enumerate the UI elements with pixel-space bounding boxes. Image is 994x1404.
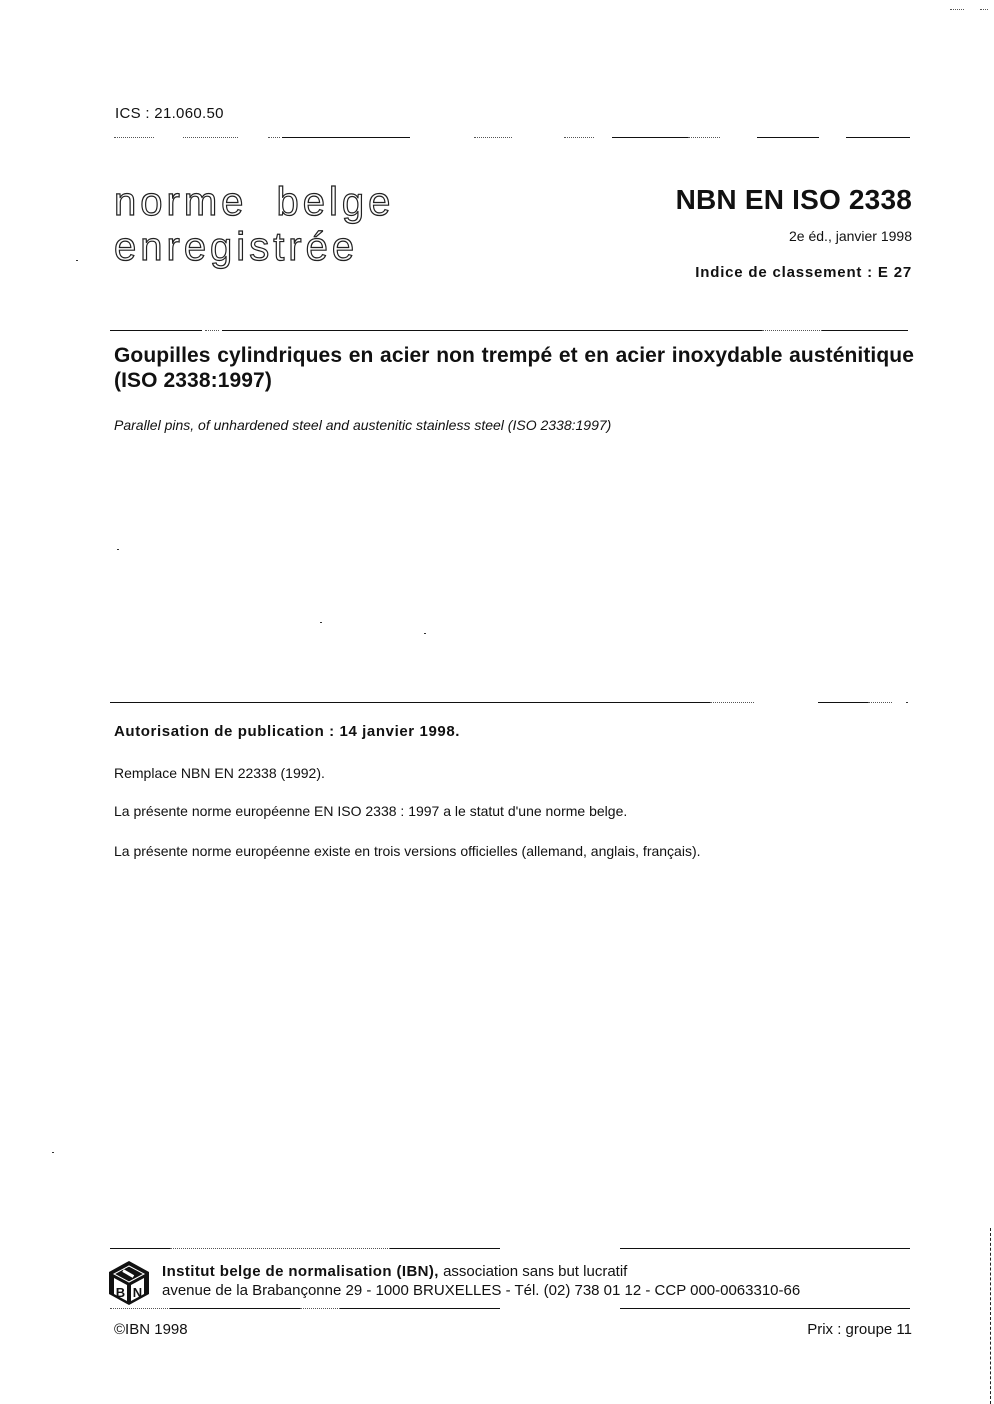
authorization-label: Autorisation de publication : bbox=[114, 723, 335, 740]
replaces-note: Remplace NBN EN 22338 (1992). bbox=[114, 765, 325, 781]
institute-name: Institut belge de normalisation (IBN), bbox=[162, 1263, 439, 1280]
scan-mark bbox=[424, 633, 426, 634]
classification-index: Indice de classement : E 27 bbox=[695, 264, 912, 281]
scan-mark bbox=[980, 9, 988, 11]
page-edge-line bbox=[990, 1228, 992, 1404]
standard-number: NBN EN ISO 2338 bbox=[676, 184, 912, 216]
svg-text:B: B bbox=[116, 1285, 125, 1300]
svg-text:N: N bbox=[133, 1285, 142, 1300]
series-name-line1: norme belge bbox=[114, 180, 394, 224]
publication-authorization: Autorisation de publication : 14 janvier… bbox=[114, 723, 460, 740]
scan-mark bbox=[950, 9, 964, 11]
edition-date: 2e éd., janvier 1998 bbox=[789, 228, 912, 244]
scan-mark bbox=[52, 1152, 54, 1153]
ibn-cube-logo-icon: B N bbox=[108, 1260, 150, 1306]
price-group: Prix : groupe 11 bbox=[807, 1321, 912, 1338]
institute-line: Institut belge de normalisation (IBN), a… bbox=[162, 1263, 627, 1280]
scan-mark bbox=[76, 260, 78, 261]
versions-note: La présente norme européenne existe en t… bbox=[114, 843, 701, 859]
series-name-line2: enregistrée bbox=[114, 225, 358, 269]
ics-code: ICS : 21.060.50 bbox=[115, 105, 224, 122]
document-title-french: Goupilles cylindriques en acier non trem… bbox=[114, 343, 914, 393]
document-title-english: Parallel pins, of unhardened steel and a… bbox=[114, 417, 611, 433]
copyright: ©IBN 1998 bbox=[114, 1321, 188, 1338]
scan-mark bbox=[320, 622, 322, 623]
authorization-date: 14 janvier 1998. bbox=[340, 723, 461, 740]
status-note: La présente norme européenne EN ISO 2338… bbox=[114, 803, 627, 819]
scan-mark bbox=[117, 549, 119, 550]
institute-type: association sans but lucratif bbox=[443, 1263, 627, 1280]
institute-address: avenue de la Brabançonne 29 - 1000 BRUXE… bbox=[162, 1282, 800, 1299]
